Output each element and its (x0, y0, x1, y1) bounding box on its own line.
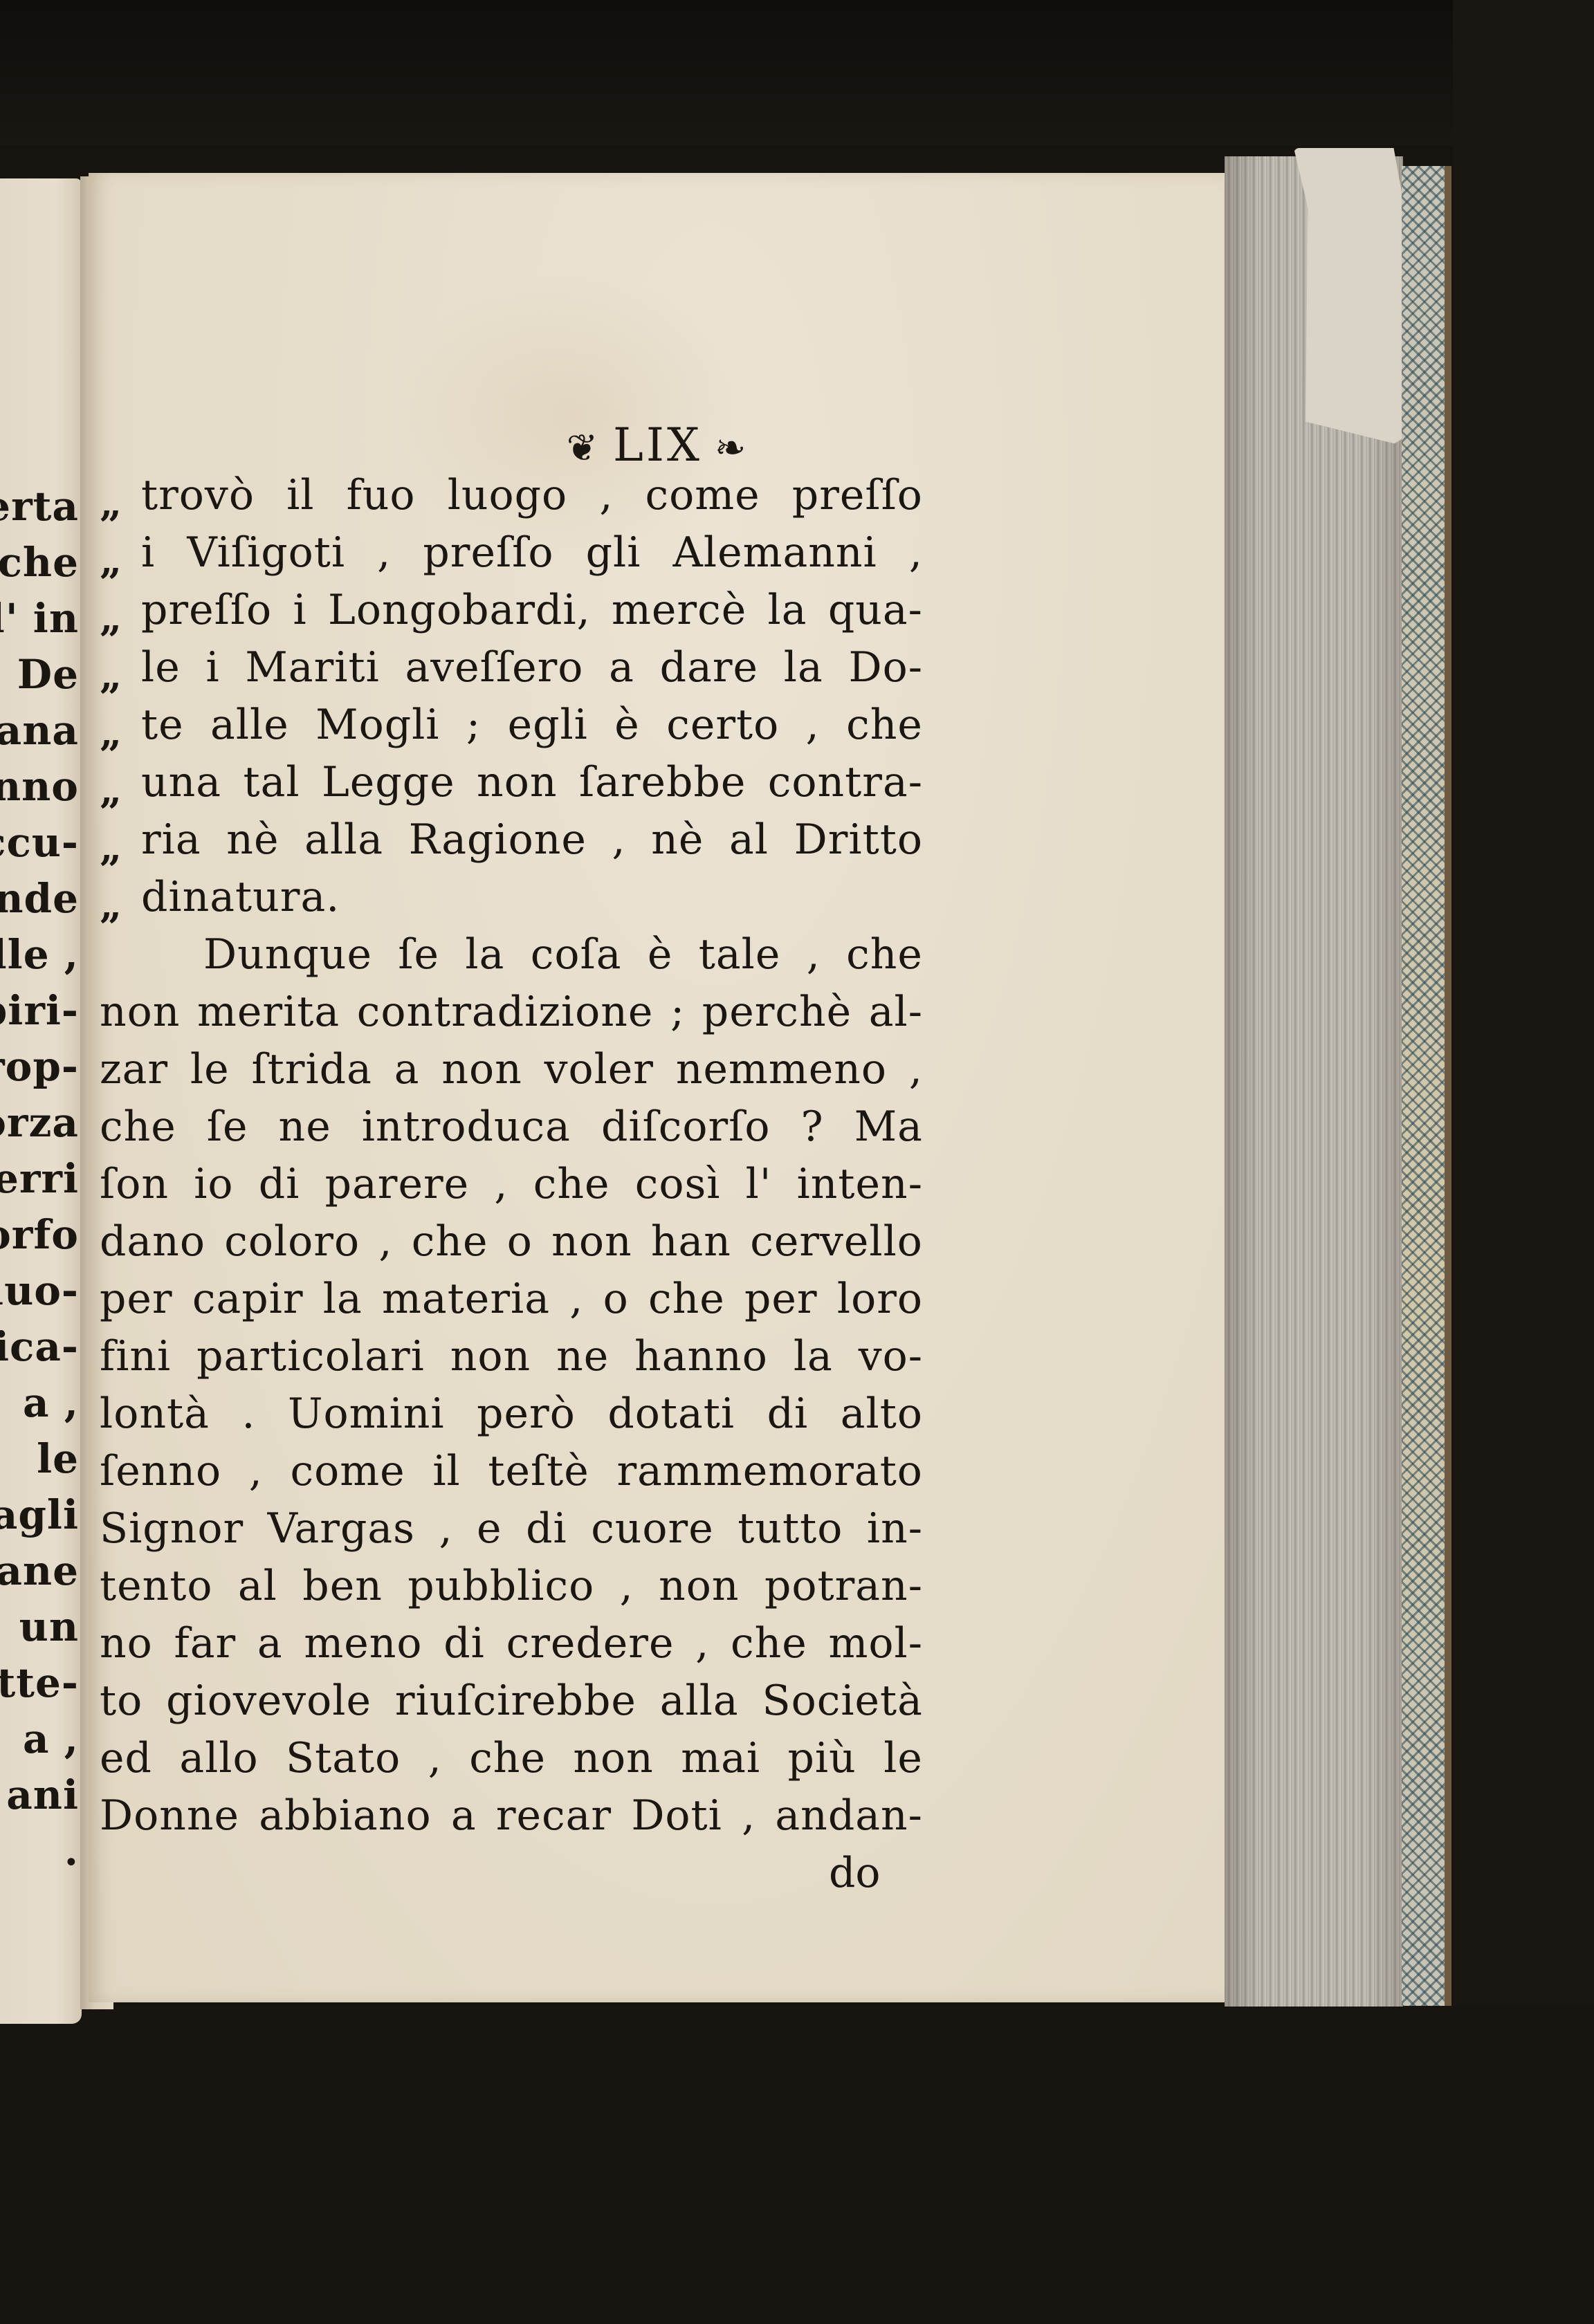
left-page: fertaachegl' inDeanaànnoaccu-endeelle ,p… (0, 178, 82, 2024)
line-text: finiparticolarinonnehannolavo- (100, 1328, 923, 1385)
word: , (599, 467, 613, 524)
word: cuore (591, 1500, 714, 1558)
word: la (784, 639, 823, 697)
word: credere (506, 1615, 675, 1672)
word: Do- (848, 639, 923, 697)
left-page-line: ende (0, 878, 79, 919)
catchword: do (829, 1845, 881, 1902)
word: no (100, 1615, 153, 1672)
word: ſe (398, 926, 439, 984)
word: di (526, 1500, 567, 1558)
word: Longobardi, (328, 582, 591, 639)
text-line: finiparticolarinonnehannolavo- (100, 1328, 923, 1385)
word: , (806, 697, 820, 754)
left-page-line: piri- (0, 990, 79, 1031)
word: il (432, 1443, 460, 1500)
word: ne (279, 1098, 331, 1156)
background-right (1453, 0, 1594, 2324)
word: preſſo (423, 524, 553, 582)
word: Vargas (268, 1500, 415, 1558)
word: a (257, 1615, 283, 1672)
left-page-line: agli (0, 1495, 79, 1535)
word: , (620, 1558, 634, 1615)
word: potran- (764, 1558, 923, 1615)
word: le (190, 1041, 230, 1098)
word: inten- (797, 1156, 923, 1213)
word: ? (801, 1098, 824, 1156)
line-text: dinatura. (141, 869, 923, 926)
line-text: togiovevoleriuſcirebbeallaSocietà (100, 1672, 923, 1730)
word: Società (762, 1672, 923, 1730)
word: a (451, 1787, 477, 1845)
word: per (100, 1271, 173, 1328)
word: di (259, 1156, 300, 1213)
word: la (465, 926, 504, 984)
word: merita (197, 984, 340, 1041)
word: come (645, 467, 760, 524)
line-text: tentoalbenpubblico,nonpotran- (100, 1558, 923, 1615)
text-line: togiovevoleriuſcirebbeallaSocietà (100, 1672, 923, 1730)
text-line: „iViſigoti,preſſogliAlemanni, (100, 524, 923, 582)
text-line: Dunqueſelacoſaètale,che (100, 926, 923, 984)
text-line: percapirlamateria,ocheperloro (100, 1271, 923, 1328)
text-line: „trovòilfuoluogo,comepreſſo (100, 467, 923, 524)
background-bottom (0, 2006, 1594, 2324)
left-page-line: tte- (0, 1663, 79, 1703)
page-header: ❦LIX❧ (89, 418, 1227, 472)
text-line: „leiMaritiaveſſeroadarelaDo- (100, 639, 923, 697)
word: che (731, 1615, 807, 1672)
word: certo (666, 697, 779, 754)
word: Alemanni (673, 524, 877, 582)
word: , (612, 811, 626, 869)
word: , (569, 1271, 583, 1328)
word: è (648, 926, 673, 984)
word: di (443, 1615, 485, 1672)
word: Mogli (315, 697, 439, 754)
word: le (141, 639, 181, 697)
word: dare (660, 639, 758, 697)
left-page-line: un (19, 1607, 79, 1647)
line-text: percapirlamateria,ocheperloro (100, 1271, 923, 1328)
left-page-line: fica- (0, 1327, 79, 1367)
text-line: „tealleMogli;egliècerto,che (100, 697, 923, 754)
word: abbiano (259, 1787, 431, 1845)
word: meno (304, 1615, 422, 1672)
text-line: cheſeneintroducadiſcorſo?Ma (100, 1098, 923, 1156)
word: contra- (768, 754, 923, 811)
line-text: iViſigoti,preſſogliAlemanni, (141, 524, 923, 582)
word: Signor (100, 1500, 244, 1558)
word: zar (100, 1041, 168, 1098)
word: il (286, 467, 314, 524)
word: al (729, 811, 769, 869)
word: vo- (859, 1328, 923, 1385)
text-line: danocoloro,cheononhancervello (100, 1213, 923, 1271)
word: , (378, 1213, 392, 1271)
word: trovò (141, 467, 255, 524)
word: e (477, 1500, 502, 1558)
word: ; (466, 697, 481, 754)
word: hanno (634, 1328, 768, 1385)
word: han (651, 1213, 731, 1271)
left-page-line: orfo (0, 1215, 79, 1255)
word: riuſcirebbe (395, 1672, 636, 1730)
text-line: zarleſtridaanonvolernemmeno, (100, 1041, 923, 1098)
text-line: nonmeritacontradizione;perchèal- (100, 984, 923, 1041)
line-text: DonneabbianoarecarDoti,andan- (100, 1787, 923, 1845)
line-text: tealleMogli;egliècerto,che (141, 697, 923, 754)
line-text: edalloStato,chenonmaipiùle (100, 1730, 923, 1787)
word: non (100, 984, 180, 1041)
text-line: „dinatura. (100, 869, 923, 926)
word: , (742, 1787, 755, 1845)
left-page-line: orza (0, 1103, 79, 1143)
word: cervello (750, 1213, 923, 1271)
word: , (494, 1156, 508, 1213)
word: ria (141, 811, 201, 869)
word: però (477, 1385, 576, 1443)
word: una (141, 754, 221, 811)
word: nè (226, 811, 279, 869)
word: , (807, 926, 821, 984)
word: Ma (854, 1098, 923, 1156)
word: ſtrida (251, 1041, 372, 1098)
word: tento (100, 1558, 213, 1615)
text-line: nofaramenodicredere,chemol- (100, 1615, 923, 1672)
word: o (507, 1213, 533, 1271)
line-text: trovòilfuoluogo,comepreſſo (141, 467, 923, 524)
word: ſon (100, 1156, 169, 1213)
book-cover-pattern (1402, 166, 1447, 2006)
word: Viſigoti (187, 524, 345, 582)
word: la (768, 582, 807, 639)
word: allo (179, 1730, 258, 1787)
left-page-line: le (37, 1439, 79, 1479)
line-text: nonmeritacontradizione;perchèal- (100, 984, 923, 1041)
line-text: leiMaritiaveſſeroadarelaDo- (141, 639, 923, 697)
word: che (846, 926, 923, 984)
word: to (100, 1672, 143, 1730)
line-text: rianèallaRagione,nèalDritto (141, 811, 923, 869)
word: la (323, 1271, 363, 1328)
word: che (469, 1730, 546, 1787)
text-line: ſoniodiparere,checosìl'inten- (100, 1156, 923, 1213)
left-page-line: cerri (0, 1159, 79, 1199)
text-line: SignorVargas,edicuoretuttoin- (100, 1500, 923, 1558)
line-text: ſenno,comeilteſtèrammemorato (100, 1443, 923, 1500)
word: recar (496, 1787, 612, 1845)
left-page-line: De (17, 654, 79, 694)
word: , (439, 1500, 452, 1558)
word: tale (699, 926, 781, 984)
word: nè (651, 811, 704, 869)
left-page-line: a , (23, 1383, 79, 1423)
word: luogo (448, 467, 568, 524)
word: non (450, 1328, 531, 1385)
word: non (551, 1213, 632, 1271)
line-text: lontà.Uominiperòdotatidialto (100, 1385, 923, 1443)
word: alla (660, 1672, 739, 1730)
text-line: „preſſoiLongobardi,mercèlaqua- (100, 582, 923, 639)
line-text: danocoloro,cheononhancervello (100, 1213, 923, 1271)
word: dotati (607, 1385, 735, 1443)
left-page-line: a , (23, 1719, 79, 1759)
line-text: zarleſtridaanonvolernemmeno, (100, 1041, 923, 1098)
word: diſcorſo (601, 1098, 771, 1156)
word: alto (841, 1385, 923, 1443)
left-page-line: . (64, 1831, 79, 1871)
word: te (141, 697, 184, 754)
text-line: DonneabbianoarecarDoti,andan- (100, 1787, 923, 1845)
line-text: nofaramenodicredere,chemol- (100, 1615, 923, 1672)
word: le (883, 1730, 923, 1787)
text-line: ſenno,comeilteſtèrammemorato (100, 1443, 923, 1500)
text-line: „unatalLeggenonſarebbecontra- (100, 754, 923, 811)
word: Dunque (203, 926, 372, 984)
word: Stato (286, 1730, 401, 1787)
left-page-line: ànno (0, 766, 79, 806)
word: come (291, 1443, 405, 1500)
word: ſarebbe (579, 754, 746, 811)
word: la (794, 1328, 833, 1385)
word: teſtè (488, 1443, 589, 1500)
word: introduca (362, 1098, 571, 1156)
word: coloro (224, 1213, 360, 1271)
left-page-line: ferta (0, 486, 79, 526)
word: fuo (347, 467, 416, 524)
word: capir (192, 1271, 304, 1328)
background-top (0, 0, 1594, 145)
word: mercè (612, 582, 746, 639)
word: . (241, 1385, 255, 1443)
line-text: unatalLeggenonſarebbecontra- (141, 754, 923, 811)
word: non (441, 1041, 522, 1098)
word: gli (586, 524, 641, 582)
word: , (695, 1615, 709, 1672)
word: alla (304, 811, 383, 869)
word: non (659, 1558, 739, 1615)
ornament-right-icon: ❧ (715, 426, 749, 470)
word: andan- (775, 1787, 923, 1845)
word: ne (556, 1328, 609, 1385)
word: coſa (531, 926, 622, 984)
word: tal (243, 754, 300, 811)
word: materia (382, 1271, 550, 1328)
word: Doti (631, 1787, 722, 1845)
word: Mariti (245, 639, 379, 697)
word: dano (100, 1213, 205, 1271)
word: non (477, 754, 557, 811)
word: Donne (100, 1787, 239, 1845)
word: giovevole (166, 1672, 372, 1730)
word: di (767, 1385, 809, 1443)
word: natura (183, 869, 327, 926)
word: rammemorato (616, 1443, 922, 1500)
text-line: tentoalbenpubblico,nonpotran- (100, 1558, 923, 1615)
word: di (141, 869, 183, 926)
word: , (428, 1730, 442, 1787)
word: più (788, 1730, 856, 1787)
word: che (533, 1156, 610, 1213)
word: , (909, 1041, 923, 1098)
word: alle (210, 697, 289, 754)
word: mol- (829, 1615, 923, 1672)
left-page-line: elle , (0, 934, 79, 975)
word: al- (869, 984, 923, 1041)
word: preſſo (141, 582, 272, 639)
line-text: cheſeneintroducadiſcorſo?Ma (100, 1098, 923, 1156)
word: al (238, 1558, 277, 1615)
word: , (377, 524, 391, 582)
word: ; (670, 984, 685, 1041)
word: ſenno (100, 1443, 221, 1500)
word: è (614, 697, 640, 754)
word: i (141, 524, 155, 582)
word: far (174, 1615, 236, 1672)
left-page-line: ane (0, 1551, 79, 1591)
ornament-left-icon: ❦ (567, 426, 601, 470)
word: aveſſero (405, 639, 584, 697)
word: mai (681, 1730, 760, 1787)
left-page-line: gl' in (0, 598, 79, 638)
word: che (412, 1213, 488, 1271)
word: ſe (207, 1098, 248, 1156)
right-page: ❦LIX❧ „trovòilfuoluogo,comepreſſo„iViſig… (89, 173, 1227, 2002)
word: egli (508, 697, 588, 754)
word: l' (746, 1156, 772, 1213)
text-line: edalloStato,chenonmaipiùle (100, 1730, 923, 1787)
word: io (194, 1156, 233, 1213)
word: Ragione (409, 811, 587, 869)
word: Legge (322, 754, 455, 811)
word: che (846, 697, 923, 754)
text-line: lontà.Uominiperòdotatidialto (100, 1385, 923, 1443)
word: , (249, 1443, 263, 1500)
word: ben (302, 1558, 383, 1615)
word: fini (100, 1328, 171, 1385)
word: in- (867, 1500, 923, 1558)
word: pubblico (407, 1558, 594, 1615)
word: perchè (702, 984, 852, 1041)
word: Uomini (288, 1385, 445, 1443)
word: , (909, 524, 923, 582)
word: non (573, 1730, 653, 1787)
left-page-line: iuo- (0, 1271, 79, 1311)
word: i (205, 639, 219, 697)
word: Dritto (794, 811, 923, 869)
word: a (394, 1041, 420, 1098)
word: tutto (738, 1500, 843, 1558)
left-page-line: rop- (0, 1046, 79, 1087)
line-text: SignorVargas,edicuoretuttoin- (100, 1500, 923, 1558)
word: a (609, 639, 634, 697)
left-page-line: ana (0, 710, 79, 750)
book-cover-board (1445, 166, 1451, 2006)
word: i (293, 582, 306, 639)
page-number: LIX (613, 418, 702, 472)
word: contradizione (357, 984, 654, 1041)
word: lontà (100, 1385, 210, 1443)
line-text: ſoniodiparere,checosìl'inten- (100, 1156, 923, 1213)
word: qua- (828, 582, 923, 639)
left-page-line: ache (0, 542, 79, 582)
word: nemmeno (676, 1041, 887, 1098)
word: loro (837, 1271, 923, 1328)
text-line: „rianèallaRagione,nèalDritto (100, 811, 923, 869)
word: ed (100, 1730, 152, 1787)
left-page-line: ani (6, 1775, 79, 1815)
torn-flyleaf (1294, 148, 1411, 445)
line-text: preſſoiLongobardi,mercèlaqua- (141, 582, 923, 639)
word: per (744, 1271, 818, 1328)
word: così (635, 1156, 721, 1213)
line-text: Dunqueſelacoſaètale,che (203, 926, 923, 984)
word: preſſo (792, 467, 923, 524)
left-page-line: accu- (0, 822, 79, 863)
word: particolari (196, 1328, 425, 1385)
word: che (648, 1271, 725, 1328)
word: o (603, 1271, 629, 1328)
word: . (326, 869, 340, 926)
word: parere (325, 1156, 470, 1213)
word: che (100, 1098, 176, 1156)
word: voler (544, 1041, 654, 1098)
